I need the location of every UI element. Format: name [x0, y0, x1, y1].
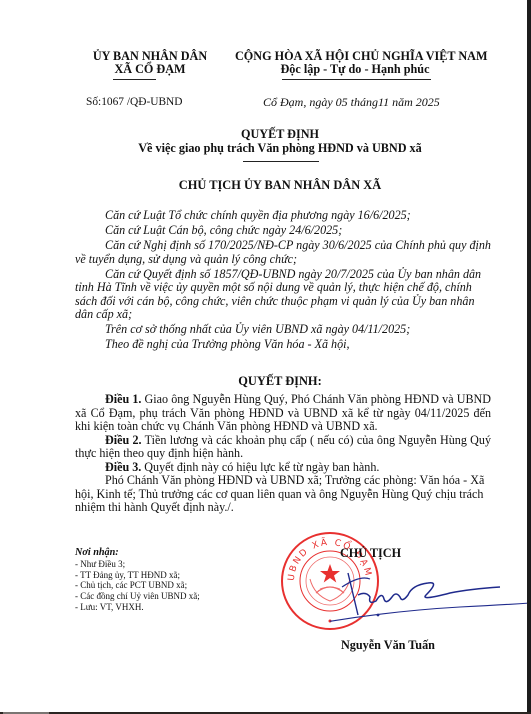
article-2: Điều 2. Tiền lương và các khoản phụ cấp … — [75, 434, 491, 461]
recipients-block: Nơi nhận: - Như Điều 3; - TT Đảng ủy, TT… — [75, 547, 200, 613]
issuer-line2: XÃ CỔ ĐẠM — [60, 63, 240, 76]
recipient-item: - Lưu: VT, VHXH. — [75, 602, 200, 613]
article-label: Điều 3. — [105, 460, 141, 474]
legal-basis: Theo đề nghị của Trưởng phòng Văn hóa - … — [75, 338, 491, 352]
legal-basis: Trên cơ sở thống nhất của Ủy viên UBND x… — [75, 323, 491, 337]
article-3: Điều 3. Quyết định này có hiệu lực kể từ… — [75, 461, 491, 475]
document-number: Số:1067 /QĐ-UBND — [86, 96, 183, 108]
document-title: QUYẾT ĐỊNH Về việc giao phụ trách Văn ph… — [60, 128, 500, 155]
articles: Điều 1. Giao ông Nguyễn Hùng Quý, Phó Ch… — [75, 393, 491, 515]
document-subject: Về việc giao phụ trách Văn phòng HĐND và… — [60, 142, 500, 156]
recipient-item: - Các đồng chí Uỷ viên UBND xã; — [75, 591, 200, 602]
place-date: Cổ Đạm, ngày 05 tháng11 năm 2025 — [263, 95, 440, 110]
handwritten-signature-icon — [330, 565, 530, 635]
national-motto: Độc lập - Tự do - Hạnh phúc — [235, 63, 475, 76]
national-block: CỘNG HÒA XÃ HỘI CHỦ NGHĨA VIỆT NAM Độc l… — [235, 50, 475, 76]
document-type: QUYẾT ĐỊNH — [60, 128, 500, 142]
issuing-authority: CHỦ TỊCH ỦY BAN NHÂN DÂN XÃ — [60, 178, 500, 193]
document-page: ỦY BAN NHÂN DÂN XÃ CỔ ĐẠM CỘNG HÒA XÃ HỘ… — [0, 0, 527, 712]
title-underline — [243, 161, 319, 162]
legal-basis: Căn cứ Quyết định số 1857/QĐ-UBND ngày 2… — [75, 268, 491, 322]
article-label: Điều 1. — [105, 392, 141, 406]
recipient-item: - TT Đảng ủy, TT HĐND xã; — [75, 570, 200, 581]
article-text: Quyết định này có hiệu lực kể từ ngày ba… — [141, 460, 379, 474]
motto-underline — [282, 79, 431, 80]
legal-basis: Căn cứ Luật Tổ chức chính quyền địa phươ… — [75, 209, 491, 223]
recipients-title: Nơi nhận: — [75, 547, 200, 559]
recipient-item: - Chủ tịch, các PCT UBND xã; — [75, 580, 200, 591]
legal-basis: Căn cứ Nghị định số 170/2025/NĐ-CP ngày … — [75, 239, 491, 266]
viewer-edge-right — [527, 0, 531, 714]
article-label: Điều 2. — [105, 433, 142, 447]
issuer-underline — [113, 79, 156, 80]
article-1: Điều 1. Giao ông Nguyễn Hùng Quý, Phó Ch… — [75, 393, 491, 434]
issuer-block: ỦY BAN NHÂN DÂN XÃ CỔ ĐẠM — [60, 50, 240, 76]
legal-basis: Căn cứ Luật Cán bộ, công chức ngày 24/6/… — [75, 224, 491, 238]
signer-name: Nguyễn Văn Tuấn — [341, 638, 435, 653]
signer-position: CHỦ TỊCH — [340, 546, 401, 561]
legal-bases: Căn cứ Luật Tổ chức chính quyền địa phươ… — [75, 209, 491, 353]
implementation-clause: Phó Chánh Văn phòng HĐND và UBND xã; Trư… — [75, 474, 491, 515]
recipient-item: - Như Điều 3; — [75, 559, 200, 570]
decision-heading: QUYẾT ĐỊNH: — [60, 374, 500, 389]
